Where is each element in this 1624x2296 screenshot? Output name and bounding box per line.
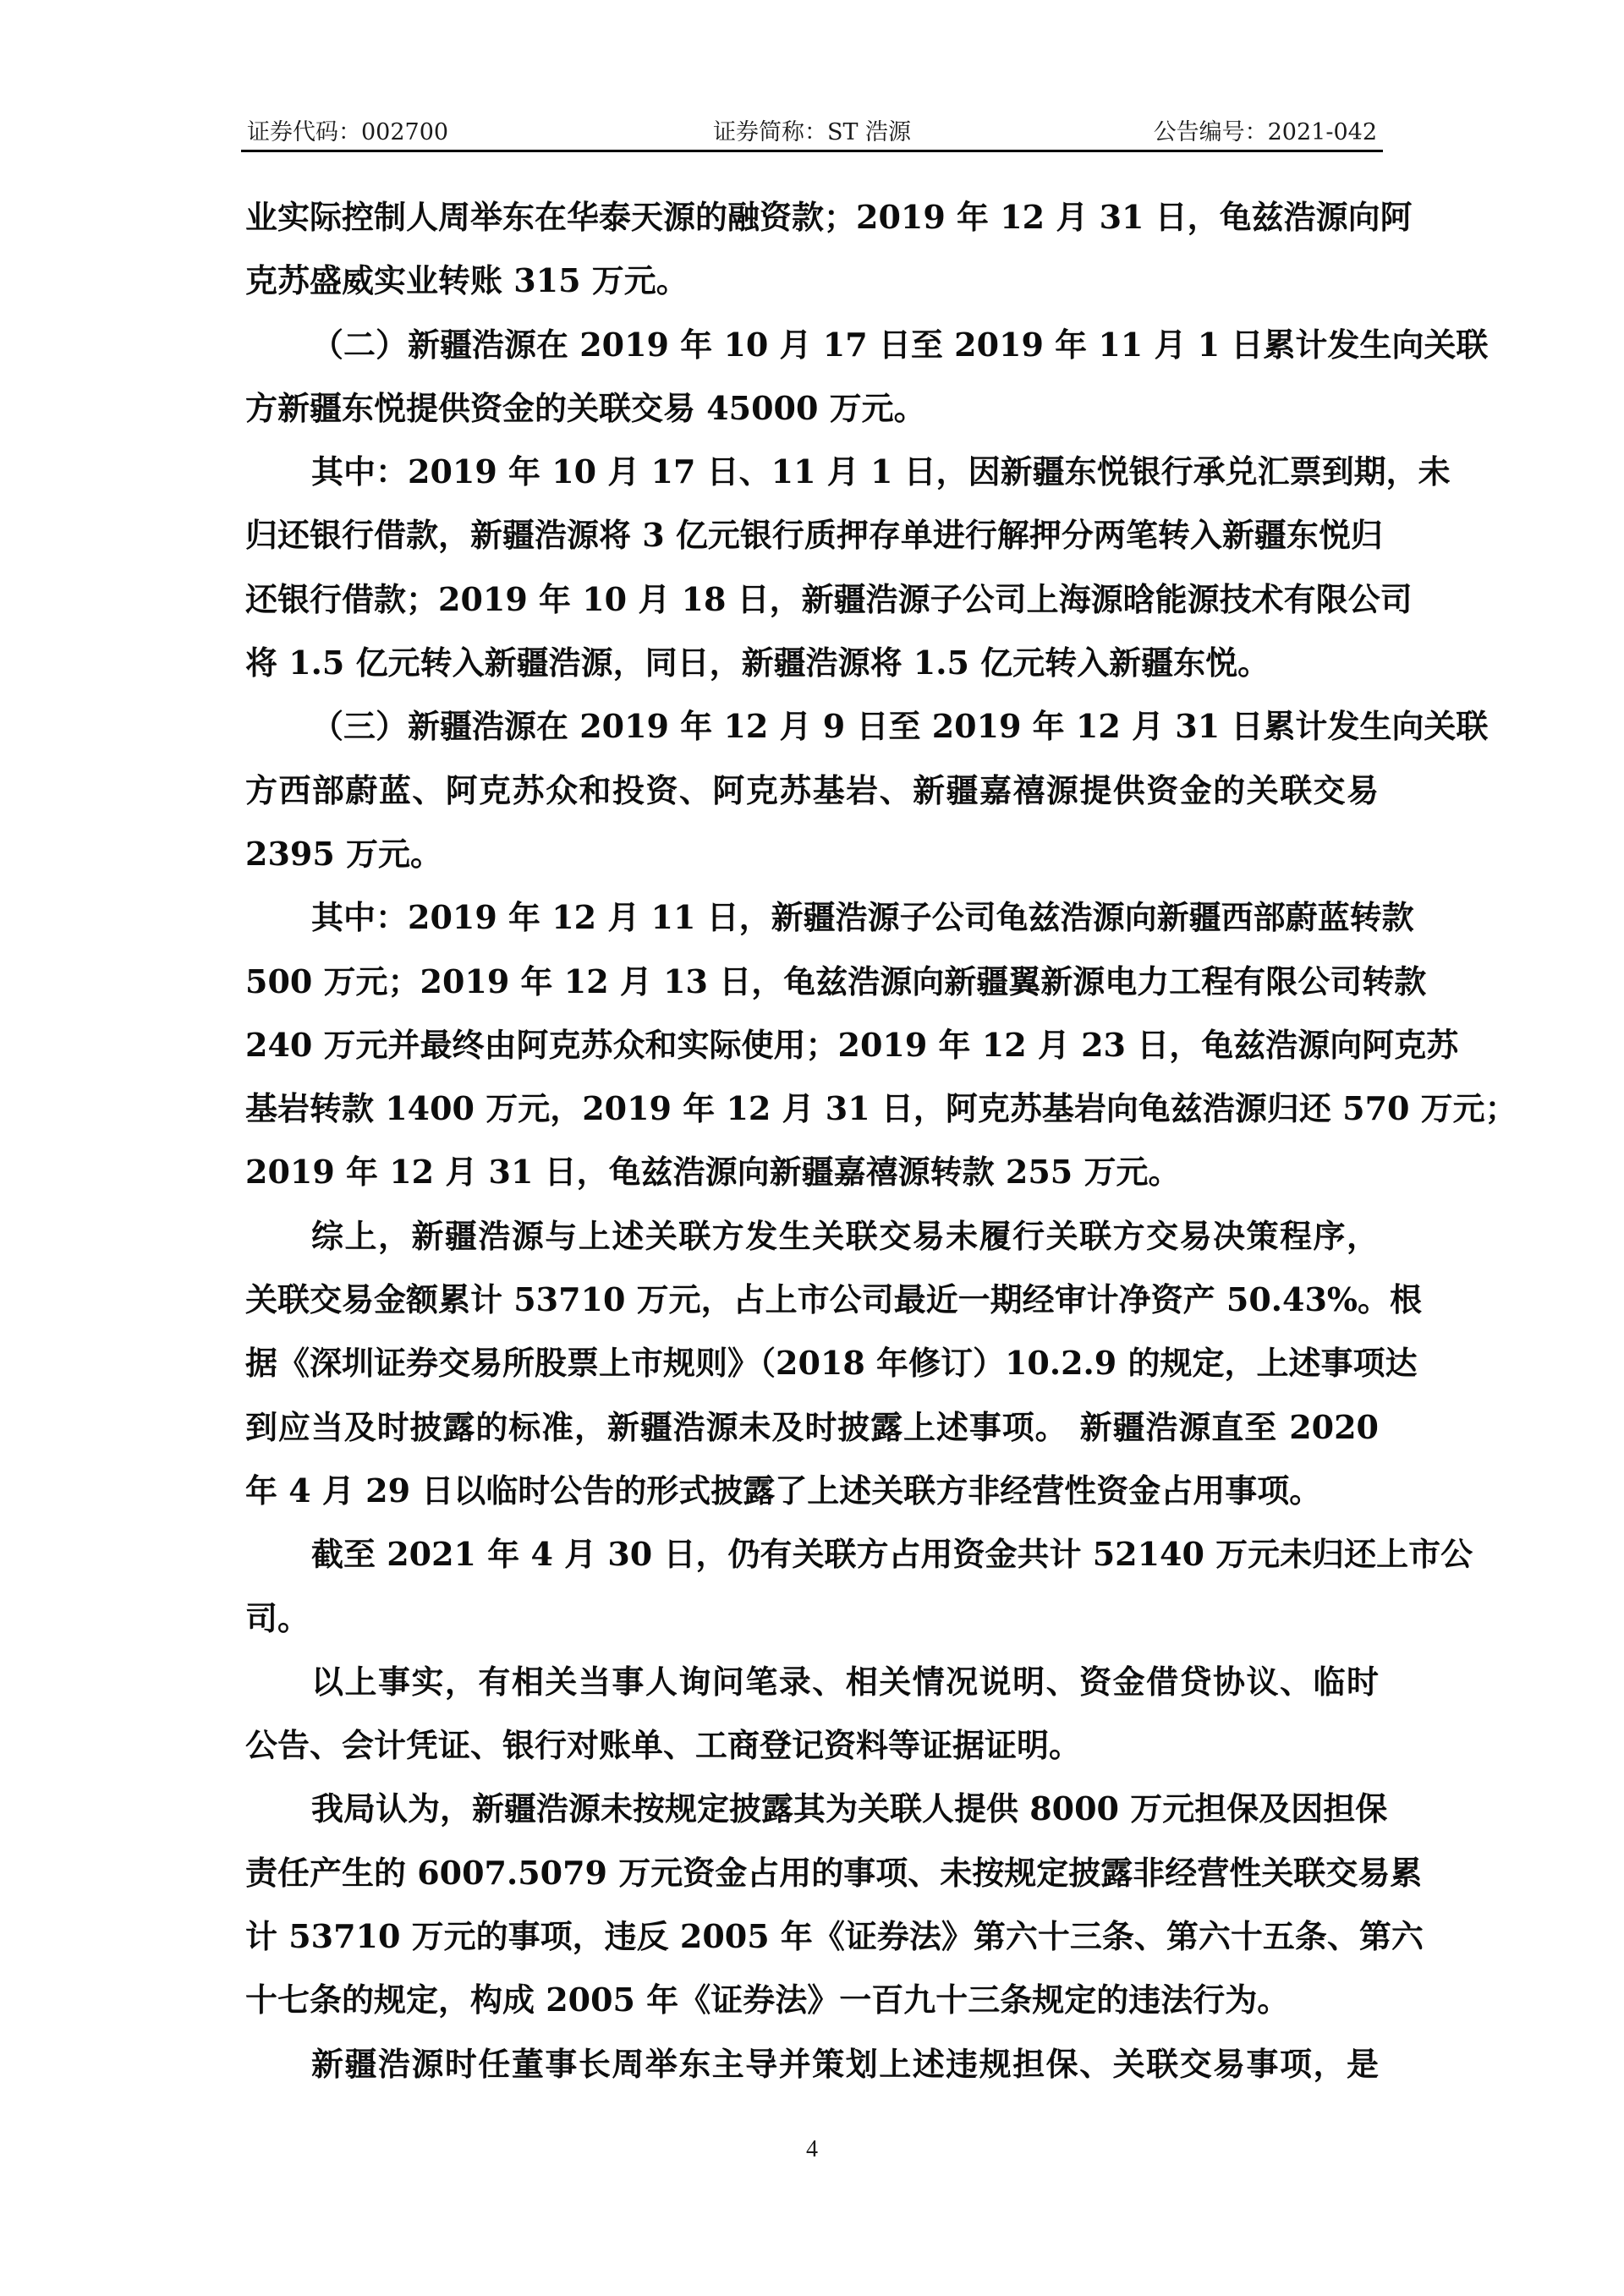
body-line: 十七条的规定，构成 2005 年《证券法》一百九十三条规定的违法行为。 [245, 1968, 1379, 2031]
body-line: 公告、会计凭证、银行对账单、工商登记资料等证据证明。 [245, 1713, 1379, 1777]
document-body: 业实际控制人周举东在华泰天源的融资款；2019 年 12 月 31 日，龟兹浩源… [245, 185, 1379, 2096]
announcement-number: 公告编号：2021-042 [1154, 118, 1377, 147]
body-line: 还银行借款；2019 年 10 月 18 日，新疆浩源子公司上海源晗能源技术有限… [245, 567, 1379, 631]
body-line: 2395 万元。 [245, 822, 1379, 885]
body-line: 据《深圳证券交易所股票上市规则》（2018 年修订）10.2.9 的规定，上述事… [245, 1331, 1379, 1395]
body-line: 方新疆东悦提供资金的关联交易 45000 万元。 [245, 376, 1379, 440]
body-line: 以上事实，有相关当事人询问笔录、相关情况说明、资金借贷协议、临时 [245, 1650, 1379, 1713]
body-line: 计 53710 万元的事项，违反 2005 年《证券法》第六十三条、第六十五条、… [245, 1904, 1379, 1968]
body-line: 业实际控制人周举东在华泰天源的融资款；2019 年 12 月 31 日，龟兹浩源… [245, 185, 1379, 249]
body-line: 基岩转款 1400 万元，2019 年 12 月 31 日，阿克苏基岩向龟兹浩源… [245, 1077, 1379, 1140]
body-line: （三）新疆浩源在 2019 年 12 月 9 日至 2019 年 12 月 31… [245, 694, 1379, 758]
body-line: 司。 [245, 1586, 1379, 1650]
body-line: 我局认为，新疆浩源未按规定披露其为关联人提供 8000 万元担保及因担保 [245, 1777, 1379, 1840]
body-line: 其中：2019 年 12 月 11 日，新疆浩源子公司龟兹浩源向新疆西部蔚蓝转款 [245, 885, 1379, 949]
body-line: 其中：2019 年 10 月 17 日、11 月 1 日，因新疆东悦银行承兑汇票… [245, 440, 1379, 503]
body-line: 克苏盛威实业转账 315 万元。 [245, 249, 1379, 312]
body-line: 责任产生的 6007.5079 万元资金占用的事项、未按规定披露非经营性关联交易… [245, 1841, 1379, 1904]
body-line: 综上，新疆浩源与上述关联方发生关联交易未履行关联方交易决策程序， [245, 1204, 1379, 1268]
body-line: 到应当及时披露的标准，新疆浩源未及时披露上述事项。 新疆浩源直至 2020 [245, 1395, 1379, 1459]
body-line: （二）新疆浩源在 2019 年 10 月 17 日至 2019 年 11 月 1… [245, 313, 1379, 376]
body-line: 2019 年 12 月 31 日，龟兹浩源向新疆嘉禧源转款 255 万元。 [245, 1140, 1379, 1203]
body-line: 关联交易金额累计 53710 万元，占上市公司最近一期经审计净资产 50.43%… [245, 1268, 1379, 1331]
body-line: 截至 2021 年 4 月 30 日，仍有关联方占用资金共计 52140 万元未… [245, 1522, 1379, 1586]
header-divider [241, 150, 1383, 152]
body-line: 新疆浩源时任董事长周举东主导并策划上述违规担保、关联交易事项，是 [245, 2032, 1379, 2096]
body-line: 归还银行借款，新疆浩源将 3 亿元银行质押存单进行解押分两笔转入新疆东悦归 [245, 503, 1379, 567]
body-line: 将 1.5 亿元转入新疆浩源，同日，新疆浩源将 1.5 亿元转入新疆东悦。 [245, 631, 1379, 694]
body-line: 方西部蔚蓝、阿克苏众和投资、阿克苏基岩、新疆嘉禧源提供资金的关联交易 [245, 759, 1379, 822]
body-line: 240 万元并最终由阿克苏众和实际使用；2019 年 12 月 23 日，龟兹浩… [245, 1013, 1379, 1077]
body-line: 500 万元；2019 年 12 月 13 日，龟兹浩源向新疆翼新源电力工程有限… [245, 950, 1379, 1013]
page-number: 4 [0, 2134, 1624, 2165]
page-header: 证券代码：002700 证券简称：ST 浩源 公告编号：2021-042 [244, 118, 1380, 147]
body-line: 年 4 月 29 日以临时公告的形式披露了上述关联方非经营性资金占用事项。 [245, 1459, 1379, 1522]
